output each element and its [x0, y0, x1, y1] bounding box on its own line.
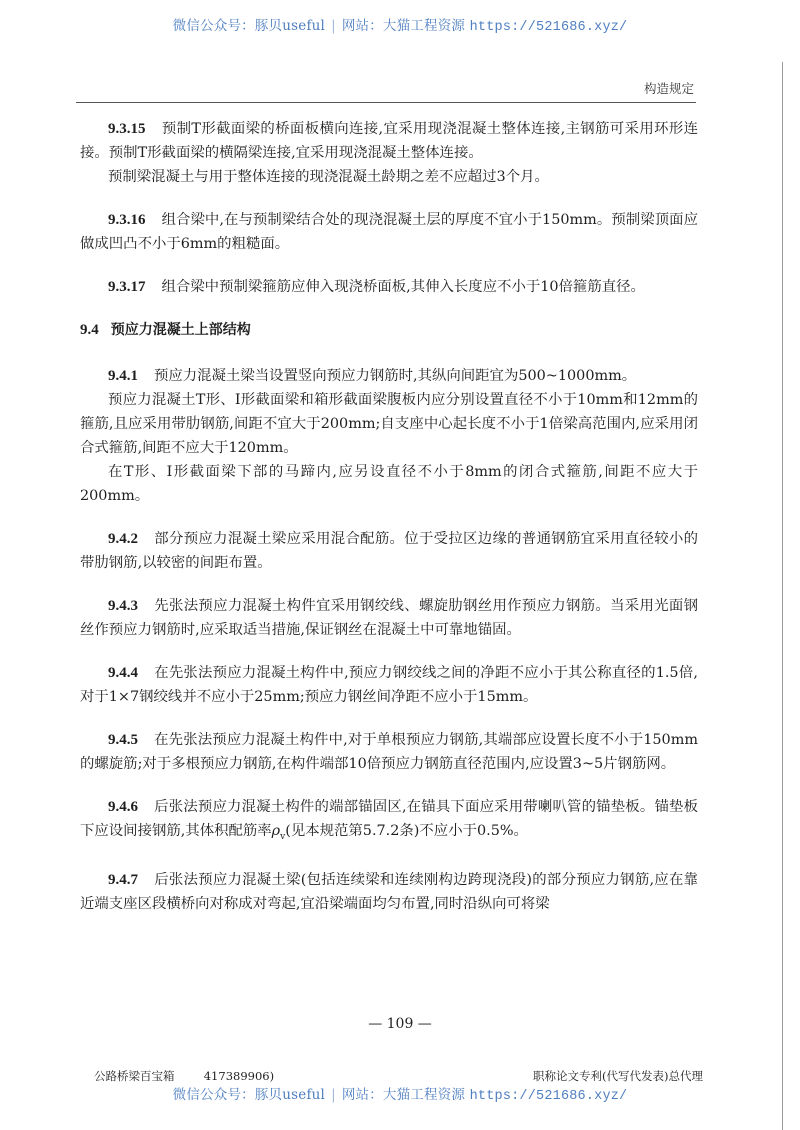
clause-9-4-4: 9.4.4在先张法预应力混凝土构件中,预应力钢绞线之间的净距不应小于其公称直径的… — [80, 661, 698, 709]
clause-9-4-7: 9.4.7后张法预应力混凝土梁(包括连续梁和连续刚构边跨现浇段)的部分预应力钢筋… — [80, 868, 698, 916]
clause-number: 9.4.7 — [108, 872, 138, 888]
section-title: 预应力混凝土上部结构 — [111, 322, 251, 338]
clause-text: 在先张法预应力混凝土构件中,预应力钢绞线之间的净距不应小于其公称直径的1.5倍,… — [80, 665, 698, 705]
clause-9-3-17: 9.3.17组合梁中预制梁箍筋应伸入现浇桥面板,其伸入长度应不小于10倍箍筋直径… — [80, 275, 698, 299]
clause-9-4-1: 9.4.1预应力混凝土梁当设置竖向预应力钢筋时,其纵向间距宜为500~1000m… — [80, 364, 698, 508]
clause-number: 9.4.2 — [108, 531, 138, 547]
document-body: 9.3.15预制T形截面梁的桥面板横向连接,宜采用现浇混凝土整体连接,主钢筋可采… — [80, 117, 698, 935]
clause-text-after: (见本规范第5.7.2条)不应小于0.5%。 — [285, 823, 528, 839]
clause-9-3-15: 9.3.15预制T形截面梁的桥面板横向连接,宜采用现浇混凝土整体连接,主钢筋可采… — [80, 117, 698, 189]
page-edge-line — [782, 62, 783, 1130]
clause-text: 部分预应力混凝土梁应采用混合配筋。位于受拉区边缘的普通钢筋宜采用直径较小的带肋钢… — [80, 531, 698, 571]
header-rule — [76, 102, 696, 103]
clause-number: 9.3.16 — [108, 212, 146, 228]
running-head: 构造规定 — [644, 79, 694, 97]
clause-number: 9.4.6 — [108, 799, 138, 815]
clause-text: 预制T形截面梁的桥面板横向连接,宜采用现浇混凝土整体连接,主钢筋可采用环形连接。… — [80, 121, 698, 161]
clause-text: 在先张法预应力混凝土构件中,对于单根预应力钢筋,其端部应设置长度不小于150mm… — [80, 732, 698, 772]
clause-text: 后张法预应力混凝土梁(包括连续梁和连续刚构边跨现浇段)的部分预应力钢筋,应在靠近… — [80, 872, 698, 912]
clause-number: 9.4.1 — [108, 368, 138, 384]
clause-9-4-5: 9.4.5在先张法预应力混凝土构件中,对于单根预应力钢筋,其端部应设置长度不小于… — [80, 728, 698, 776]
footer-right-note: 职称论文专利(代写代发表)总代理 — [533, 1068, 703, 1084]
clause-9-4-3: 9.4.3先张法预应力混凝土构件宜采用钢绞线、螺旋肋钢丝用作预应力钢筋。当采用光… — [80, 594, 698, 642]
page-number: — 109 — — [0, 1016, 800, 1032]
clause-text: 先张法预应力混凝土构件宜采用钢绞线、螺旋肋钢丝用作预应力钢筋。当采用光面钢丝作预… — [80, 598, 698, 638]
clause-number: 9.3.17 — [108, 279, 146, 295]
watermark-separator: | — [331, 1087, 336, 1103]
clause-text: 预应力混凝土梁当设置竖向预应力钢筋时,其纵向间距宜为500~1000mm。 — [154, 368, 636, 384]
clause-9-4-2: 9.4.2部分预应力混凝土梁应采用混合配筋。位于受拉区边缘的普通钢筋宜采用直径较… — [80, 527, 698, 575]
watermark-site: 网站：大猫工程资源 — [342, 1087, 465, 1103]
watermark-bottom: 微信公众号：豚贝useful|网站：大猫工程资源 https://521686.… — [0, 1083, 800, 1104]
watermark-separator: | — [331, 18, 336, 34]
watermark-wechat: 微信公众号：豚贝useful — [173, 18, 325, 34]
clause-number: 9.4.3 — [108, 598, 138, 614]
clause-9-4-6: 9.4.6后张法预应力混凝土构件的端部锚固区,在锚具下面应采用带喇叭管的锚垫板。… — [80, 795, 698, 849]
watermark-site: 网站：大猫工程资源 — [342, 18, 465, 34]
clause-text: 组合梁中,在与预制梁结合处的现浇混凝土层的厚度不宜小于150mm。预制梁顶面应做… — [80, 212, 698, 252]
section-number: 9.4 — [80, 322, 99, 338]
clause-text-extra: 预应力混凝土T形、I形截面梁和箱形截面梁腹板内应分别设置直径不小于10mm和12… — [80, 388, 698, 460]
clause-text-extra: 在T形、I形截面梁下部的马蹄内,应另设直径不小于8mm的闭合式箍筋,间距不应大于… — [80, 460, 698, 508]
clause-9-3-16: 9.3.16组合梁中,在与预制梁结合处的现浇混凝土层的厚度不宜小于150mm。预… — [80, 208, 698, 256]
clause-number: 9.4.4 — [108, 665, 138, 681]
watermark-url[interactable]: https://521686.xyz/ — [470, 20, 628, 35]
watermark-url[interactable]: https://521686.xyz/ — [470, 1089, 628, 1104]
clause-number: 9.4.5 — [108, 732, 138, 748]
clause-number: 9.3.15 — [108, 121, 146, 137]
footer-left-note: 公路桥梁百宝箱 417389906) — [94, 1068, 274, 1084]
watermark-wechat: 微信公众号：豚贝useful — [173, 1087, 325, 1103]
clause-text-extra: 预制梁混凝土与用于整体连接的现浇混凝土龄期之差不应超过3个月。 — [80, 165, 698, 189]
rho-symbol: ρ — [272, 823, 280, 839]
clause-text: 组合梁中预制梁箍筋应伸入现浇桥面板,其伸入长度应不小于10倍箍筋直径。 — [162, 279, 645, 295]
watermark-top: 微信公众号：豚贝useful|网站：大猫工程资源 https://521686.… — [0, 14, 800, 35]
section-heading: 9.4预应力混凝土上部结构 — [80, 318, 698, 342]
